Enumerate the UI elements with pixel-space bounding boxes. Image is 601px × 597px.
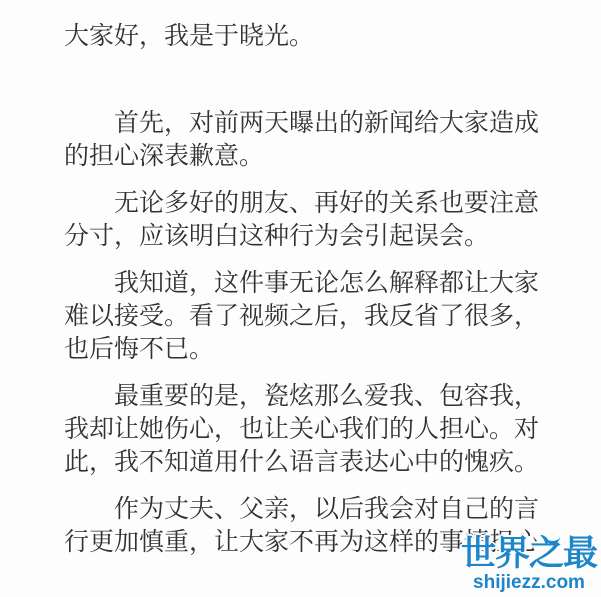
watermark-domain: shijiezz.com (458, 572, 600, 593)
apology-letter: 大家好，我是于晓光。 首先，对前两天曝出的新闻给大家造成 的担心深表歉意。 无论… (64, 20, 564, 573)
letter-line: 无论多好的朋友、再好的关系也要注意 (64, 187, 564, 220)
letter-paragraph-greeting: 大家好，我是于晓光。 (64, 20, 564, 53)
letter-line: 的担心深表歉意。 (64, 140, 564, 173)
letter-line: 此，我不知道用什么语言表达心中的愧疚。 (64, 446, 564, 479)
letter-line: 难以接受。看了视频之后，我反省了很多， (64, 300, 564, 333)
letter-paragraph: 无论多好的朋友、再好的关系也要注意 分寸，应该明白这种行为会引起误会。 (64, 187, 564, 253)
letter-line: 作为丈夫、父亲，以后我会对自己的言 (64, 493, 564, 526)
letter-line: 首先，对前两天曝出的新闻给大家造成 (64, 107, 564, 140)
watermark-logo: 世界之最 (458, 535, 600, 572)
letter-paragraph: 最重要的是，瓷炫那么爱我、包容我， 我却让她伤心，也让关心我们的人担心。对 此，… (64, 380, 564, 479)
letter-line: 也后悔不已。 (64, 333, 564, 366)
letter-paragraph: 我知道，这件事无论怎么解释都让大家 难以接受。看了视频之后，我反省了很多， 也后… (64, 267, 564, 366)
letter-line: 我却让她伤心，也让关心我们的人担心。对 (64, 413, 564, 446)
watermark: 世界之最 shijiezz.com (458, 535, 600, 593)
watermark-logo-text: 世界之最 (461, 534, 597, 573)
letter-line: 分寸，应该明白这种行为会引起误会。 (64, 220, 564, 253)
letter-paragraph: 首先，对前两天曝出的新闻给大家造成 的担心深表歉意。 (64, 107, 564, 173)
letter-line: 最重要的是，瓷炫那么爱我、包容我， (64, 380, 564, 413)
letter-line: 我知道，这件事无论怎么解释都让大家 (64, 267, 564, 300)
letter-line: 大家好，我是于晓光。 (64, 20, 564, 53)
